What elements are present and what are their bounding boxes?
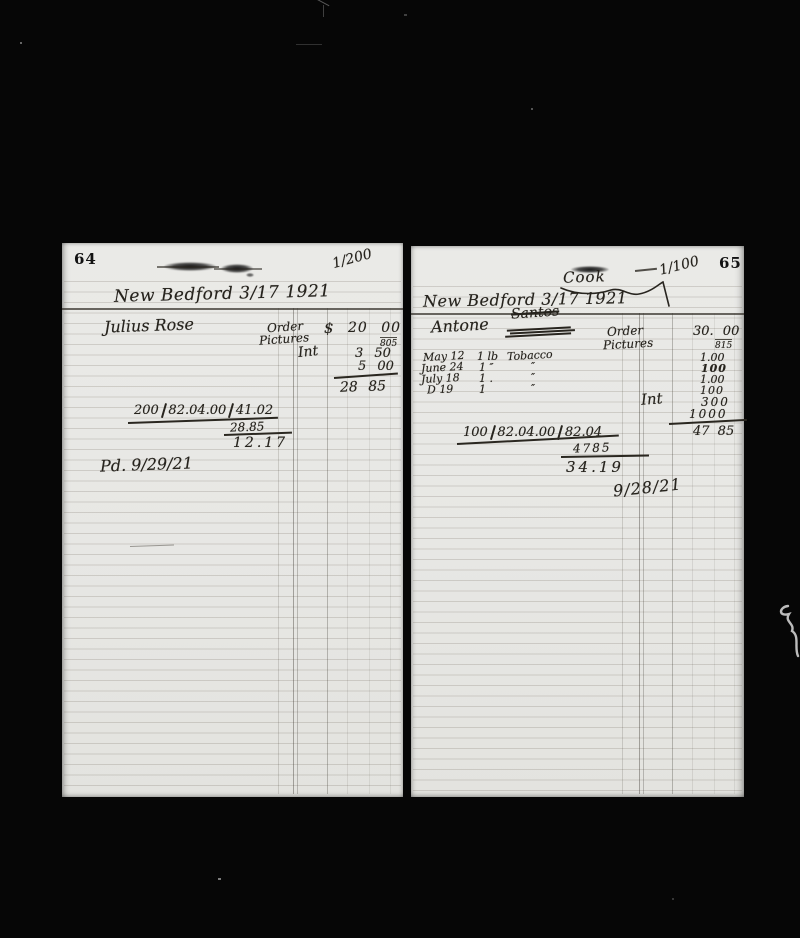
total-amount: 47 85 [693,424,734,439]
ink-smudge-tail [214,268,262,270]
item-desc: ″ [531,382,535,395]
ruled-lines-left [64,281,401,793]
dollar-sign: $ [324,319,334,337]
division-bracket [490,425,496,440]
division-subtracted: 4785 [573,440,612,455]
item-desc: Tobacco [507,348,553,363]
column-rule [278,308,279,794]
order-amount: 30. 00 [693,324,739,339]
corner-amount-note: 1/100 [658,253,701,278]
division-divisor: 100 [463,425,488,440]
column-rule [390,308,391,794]
corner-amount-note: 1/200 [331,246,374,272]
paid-note: Pd. 9/29/21 [100,453,193,475]
account-name: Julius Rose [104,314,195,336]
column-rule [639,313,640,794]
account-name: Antone [431,315,490,337]
page-number: 65 [719,254,742,272]
division-divisor: 200 [134,403,159,418]
dust-speck [672,898,674,900]
page-number: 64 [74,250,97,268]
total-amount: 28 85 [340,378,387,396]
ledger-page-left: 64 1/200 New Bedford 3/17 1921 Julius Ro… [62,243,403,797]
column-rule [643,313,644,794]
interest-label: Int [640,389,663,408]
ink-dot [246,273,254,277]
scratch-mark [296,44,322,45]
column-rule [293,308,294,794]
dust-speck [20,42,22,44]
subtotal-amount: 1000 [689,407,728,421]
dust-speck [218,878,221,880]
column-rule [622,313,623,794]
corrected-name: Santos [511,303,560,322]
column-rule [327,308,328,794]
scratch-mark [323,5,324,17]
scanned-ledger-spread: 64 1/200 New Bedford 3/17 1921 Julius Ro… [0,0,800,938]
division-quotient: 41.02 [236,403,273,418]
column-rule [297,308,298,794]
division-dividend: 82.04.00 [168,403,226,418]
carry-amount: 815 [715,339,732,351]
column-rule [672,313,673,794]
column-rule [692,313,693,794]
edge-writing-fragment [766,598,800,662]
ink-smudge-tail [157,266,219,268]
dust-speck [404,14,407,16]
pen-dash [635,268,657,272]
division-bracket [161,403,167,418]
header-rule [411,313,744,315]
order-amount: 20 00 [348,320,401,336]
division-remainder: 12.17 [233,435,288,451]
dust-speck [531,108,533,110]
division-work: 200 82.04.00 41.02 [134,403,273,418]
header-rule [62,308,403,310]
item-qty: 1 [479,383,486,396]
extra-amount: 5 00 [358,359,394,374]
column-rule [734,313,735,794]
ledger-page-right: 65 Cook 1/100 New Bedford 3/17 1921 Anto… [411,246,744,797]
division-remainder: 34.19 [566,458,624,476]
item-date: D 19 [427,383,454,397]
interest-label: Int [297,343,319,361]
division-bracket [228,403,234,418]
pictures-label: Pictures [603,336,654,353]
